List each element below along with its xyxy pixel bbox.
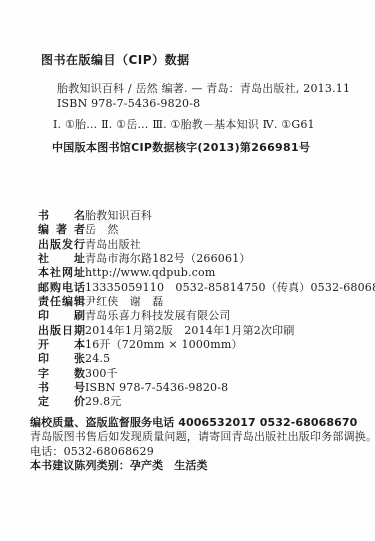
- info-value: 24.5: [85, 352, 110, 366]
- info-value: 青岛乐喜力科技发展有限公司: [85, 309, 231, 323]
- info-label: 开本: [38, 338, 85, 352]
- info-label: 定价: [38, 395, 85, 409]
- info-row-isbn: 书号 ISBN 978-7-5436-9820-8: [38, 381, 365, 395]
- footer-notes: 编校质量、盗版监督服务电话 4006532017 0532-68068670 青…: [30, 416, 367, 473]
- info-label: 出版发行: [38, 238, 85, 252]
- info-label: 书名: [38, 209, 85, 223]
- info-value: 青岛市海尔路182号（266061）: [85, 252, 251, 266]
- cip-header: 图书在版编目（CIP）数据: [41, 51, 190, 68]
- info-value: 青岛出版社: [85, 238, 141, 252]
- info-row-printer: 印刷 青岛乐喜力科技发展有限公司: [38, 309, 365, 323]
- cip-catalog-line: 胎教知识百科 / 岳然 编著. — 青岛：青岛出版社, 2013.11: [57, 80, 350, 96]
- info-value: 2014年1月第2版 2014年1月第2次印刷: [85, 324, 295, 338]
- info-value: 岳 然: [85, 223, 119, 237]
- info-value: 尹红侠 谢 磊: [85, 295, 163, 309]
- info-value: 300千: [85, 367, 118, 381]
- info-row-pub-date: 出版日期 2014年1月第2版 2014年1月第2次印刷: [38, 324, 365, 338]
- info-value: ISBN 978-7-5436-9820-8: [85, 381, 228, 395]
- copyright-page: 图书在版编目（CIP）数据 胎教知识百科 / 岳然 编著. — 青岛：青岛出版社…: [0, 0, 375, 541]
- shelving-category-line: 本书建议陈列类别：孕产类 生活类: [30, 459, 367, 473]
- info-row-address: 社址 青岛市海尔路182号（266061）: [38, 252, 365, 266]
- info-label: 社址: [38, 252, 85, 266]
- phone-line: 电话：0532-68068629: [30, 445, 367, 459]
- info-value: http://www.qdpub.com: [85, 266, 215, 280]
- info-label: 编著者: [38, 223, 85, 237]
- publication-info-table: 书名 胎教知识百科 编著者 岳 然 出版发行 青岛出版社 社址 青岛市海尔路18…: [38, 209, 365, 410]
- info-label: 出版日期: [38, 324, 85, 338]
- info-row-author: 编著者 岳 然: [38, 223, 365, 237]
- info-label: 邮购电话: [38, 281, 85, 295]
- info-value: 13335059110 0532-85814750（传真）0532-680680…: [85, 281, 375, 295]
- info-value: 胎教知识百科: [85, 209, 152, 223]
- info-row-word-count: 字数 300千: [38, 367, 365, 381]
- info-label: 字数: [38, 367, 85, 381]
- cip-classification-line: Ⅰ. ①胎… Ⅱ. ①岳… Ⅲ. ①胎教－基本知识 Ⅳ. ①G61: [53, 116, 315, 132]
- info-row-editor: 责任编辑 尹红侠 谢 磊: [38, 295, 365, 309]
- info-label: 责任编辑: [38, 295, 85, 309]
- info-row-order-phone: 邮购电话 13335059110 0532-85814750（传真）0532-6…: [38, 281, 365, 295]
- info-label: 书号: [38, 381, 85, 395]
- info-row-format: 开本 16开（720mm × 1000mm）: [38, 338, 365, 352]
- info-row-website: 本社网址 http://www.qdpub.com: [38, 266, 365, 280]
- info-row-price: 定价 29.8元: [38, 395, 365, 409]
- info-label: 印张: [38, 352, 85, 366]
- info-row-sheets: 印张 24.5: [38, 352, 365, 366]
- returns-notice-line: 青岛版图书售后如发现质量问题，请寄回青岛出版社出版印务部调换。: [30, 430, 367, 444]
- quality-hotline-line: 编校质量、盗版监督服务电话 4006532017 0532-68068670: [30, 416, 367, 430]
- info-row-title: 书名 胎教知识百科: [38, 209, 365, 223]
- info-row-publisher: 出版发行 青岛出版社: [38, 238, 365, 252]
- info-value: 16开（720mm × 1000mm）: [85, 338, 243, 352]
- cip-isbn-line: ISBN 978-7-5436-9820-8: [57, 97, 200, 110]
- info-value: 29.8元: [85, 395, 122, 409]
- info-label: 本社网址: [38, 266, 85, 280]
- info-label: 印刷: [38, 309, 85, 323]
- cip-record-number-line: 中国版本图书馆CIP数据核字(2013)第266981号: [52, 139, 310, 155]
